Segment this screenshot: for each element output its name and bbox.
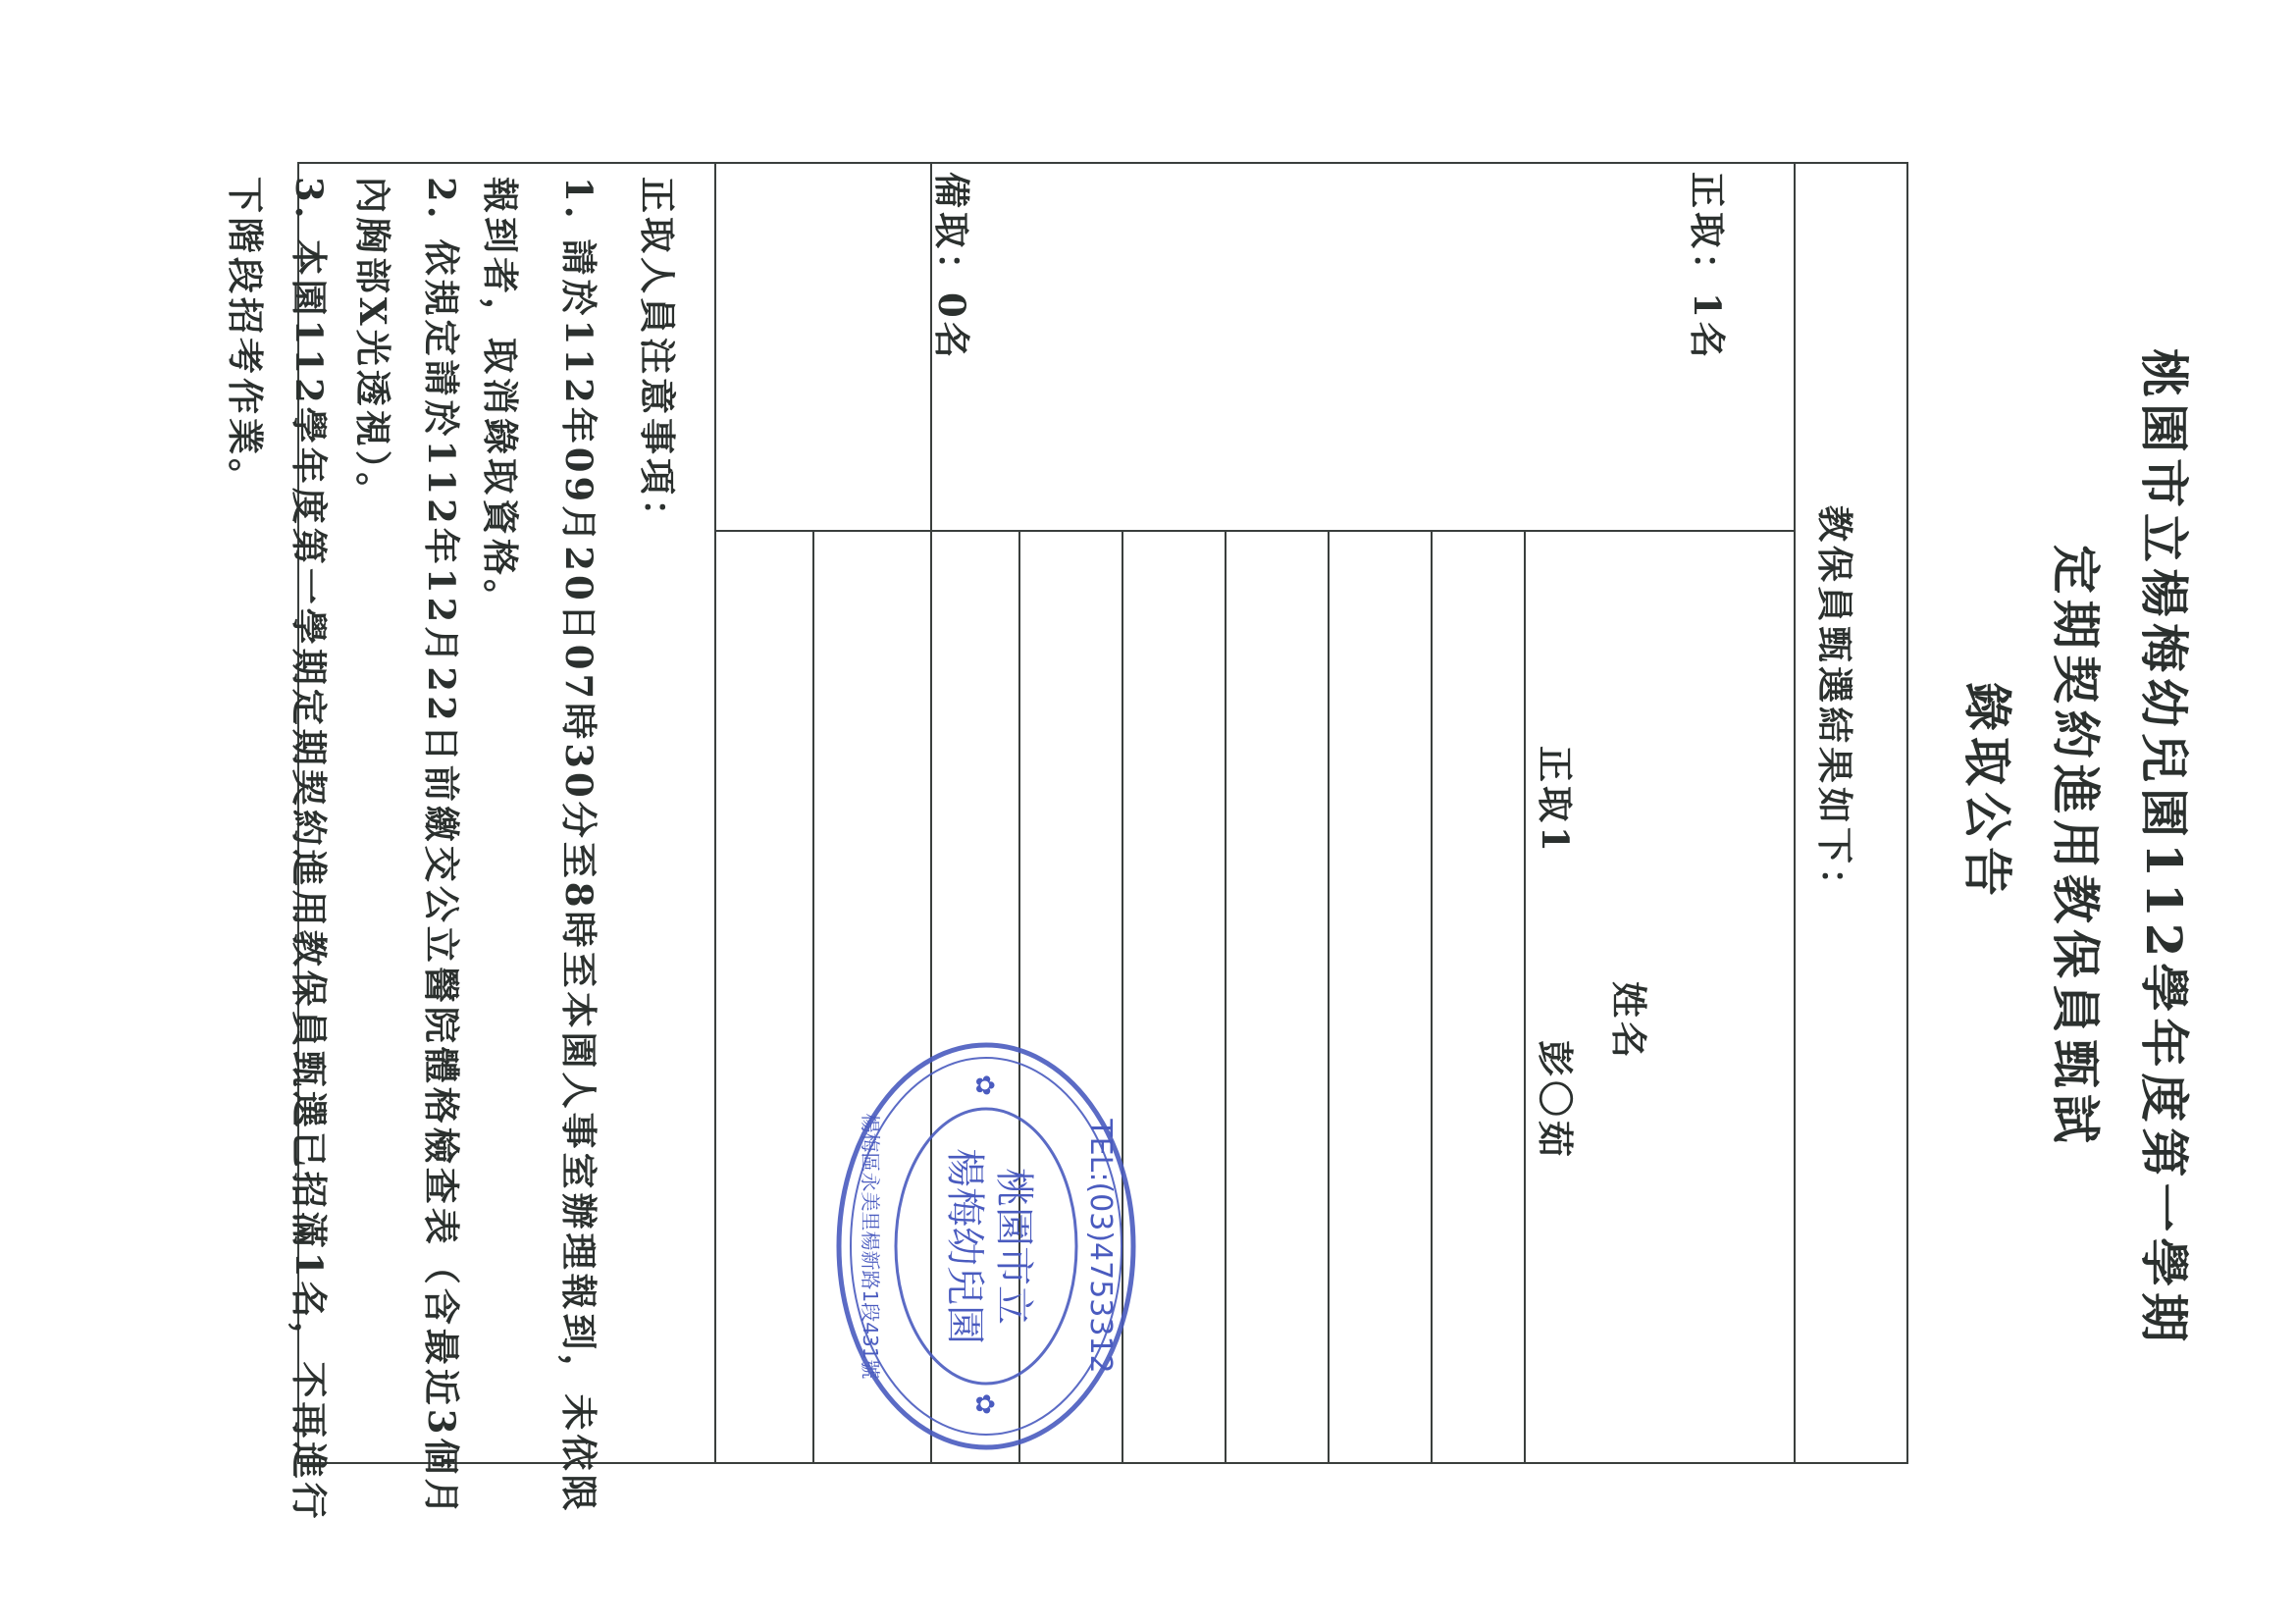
official-seal-stamp: 桃園市立 楊梅幼兒園 TEL:(03)4753312 楊梅區永美里楊新路1段43… — [824, 1030, 1148, 1462]
note-2-line-1: 2. 依規定請於112年12月22日前繳交公立醫院體格檢查表（含最近3個月 — [418, 177, 471, 1518]
frame-right — [297, 1462, 1908, 1464]
plum-blossom-icon: ✿ — [969, 1074, 999, 1096]
title-line-3: 錄取公告 — [1956, 682, 2026, 902]
table-row-line — [1524, 530, 1526, 1462]
notes-heading: 正取人員注意事項： — [634, 177, 687, 539]
note-3-line-2: 下階段招考作業。 — [222, 177, 275, 498]
waitlist-count: 備取：0名 — [928, 172, 981, 362]
table-row-line — [812, 530, 814, 1462]
divider-notes — [714, 162, 716, 1464]
stamp-address: 楊梅區永美里楊新路1段431號 — [859, 1114, 882, 1380]
table-row-line — [1431, 530, 1433, 1462]
note-2-line-2: 內胸部X光透視）。 — [349, 177, 402, 512]
results-intro: 教保員甄選結果如下： — [1811, 505, 1864, 908]
frame-left — [297, 162, 1908, 164]
table-cell-name: 彭〇茹 — [1532, 1040, 1585, 1161]
title-line-2: 定期契約進用教保員甄試 — [2044, 545, 2114, 1149]
note-1-line-2: 報到者，取消錄取資格。 — [477, 177, 530, 619]
table-row-line — [1328, 530, 1330, 1462]
notice-page: 桃園市立楊梅幼兒園112學年度第一學期 定期契約進用教保員甄試 錄取公告 教保員… — [0, 0, 2296, 1623]
title-line-1: 桃園市立楊梅幼兒園112學年度第一學期 — [2132, 348, 2203, 1347]
table-cell-rank: 正取1 — [1532, 746, 1585, 856]
stamp-phone: TEL:(03)4753312 — [1083, 1118, 1118, 1373]
stamp-center-line-2: 楊梅幼兒園 — [942, 1148, 987, 1344]
note-1-line-1: 1. 請於112年09月20日07時30分至8時至本園人事室辦理報到，未依限 — [555, 177, 608, 1514]
plum-blossom-icon: ✿ — [969, 1393, 999, 1415]
divider-count-col — [716, 530, 1796, 532]
admitted-count: 正取：1名 — [1684, 172, 1737, 362]
note-3-line-1: 3. 本園112學年度第一學期定期契約進用教保員甄選已招滿1名，不再進行 — [286, 177, 339, 1522]
frame-top — [1906, 162, 1908, 1464]
stamp-center-line-1: 桃園市立 — [991, 1168, 1036, 1325]
table-header-name: 姓名 — [1605, 981, 1658, 1062]
table-row-line — [1225, 530, 1226, 1462]
divider-intro — [1794, 162, 1796, 1464]
